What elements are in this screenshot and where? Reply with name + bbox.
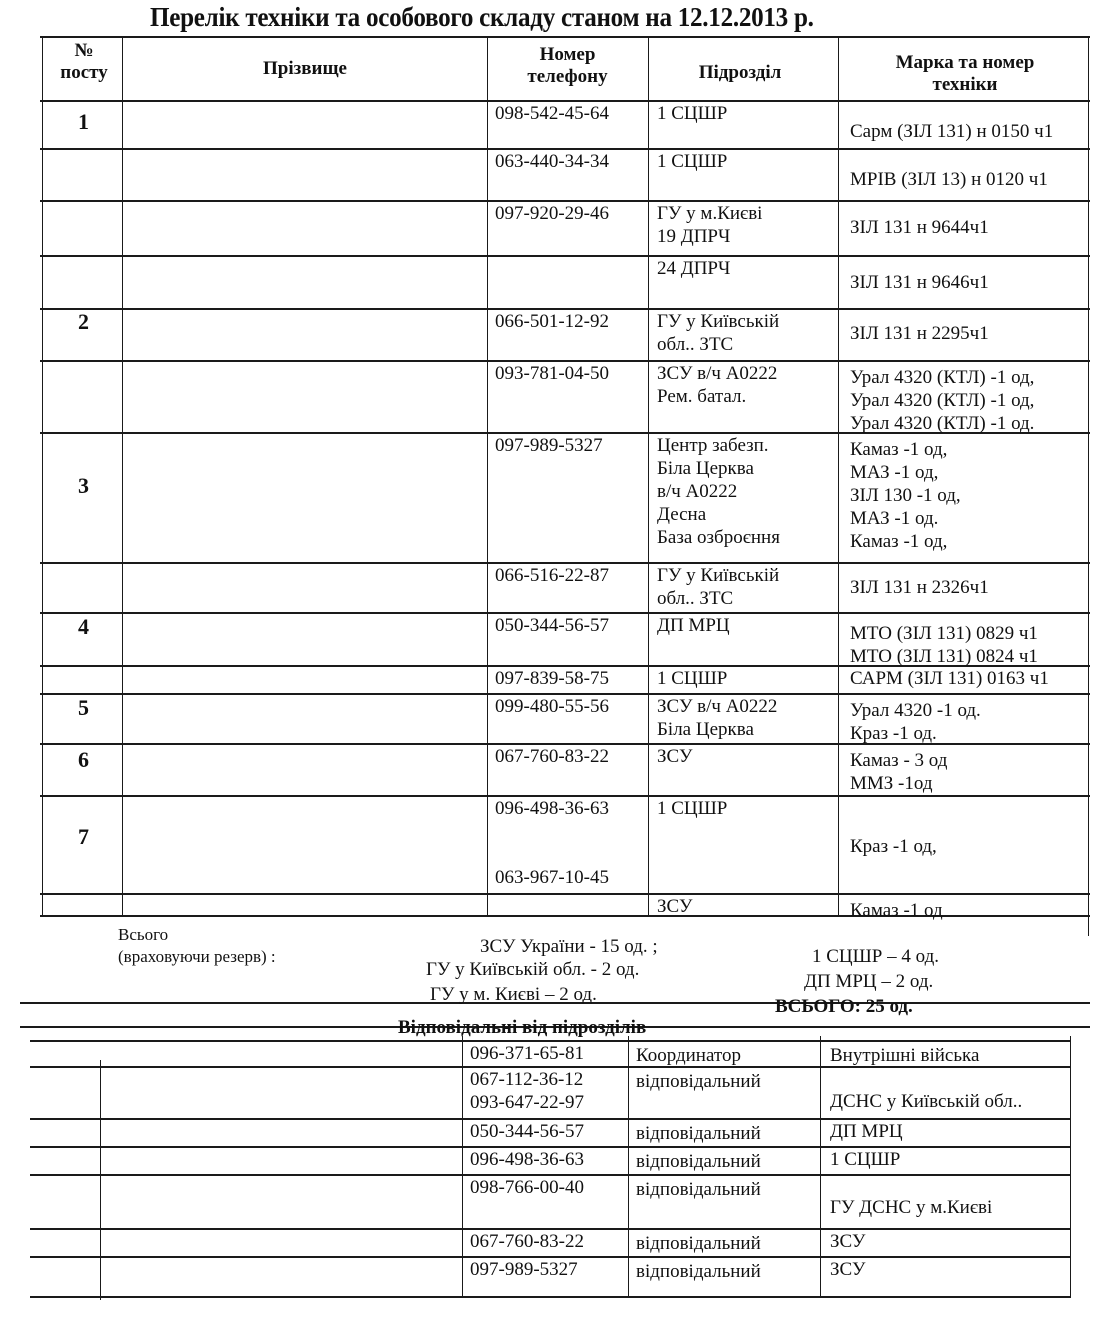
resp-role: відповідальний xyxy=(636,1178,761,1201)
col-border-post xyxy=(122,36,123,916)
phone-number: 097-839-58-75 xyxy=(495,667,609,690)
post-number: 7 xyxy=(78,825,89,848)
vehicle-info: МРІВ (ЗІЛ 13) н 0120 ч1 xyxy=(850,168,1048,191)
resp-row-divider xyxy=(30,1296,1070,1298)
unit-name: 24 ДПРЧ xyxy=(657,257,730,280)
resp-phone: 067-112-36-12 093-647-22-97 xyxy=(470,1068,584,1114)
phone-number: 066-501-12-92 xyxy=(495,310,609,333)
resp-phone: 097-989-5327 xyxy=(470,1258,578,1281)
vehicle-info: САРМ (ЗІЛ 131) 0163 ч1 xyxy=(850,667,1049,690)
resp-phone: 098-766-00-40 xyxy=(470,1176,584,1199)
col-border-surname xyxy=(487,36,488,916)
vehicle-info: Сарм (ЗІЛ 131) н 0150 ч1 xyxy=(850,120,1053,143)
phone-number: 063-440-34-34 xyxy=(495,150,609,173)
post-number: 6 xyxy=(78,748,89,771)
phone-number: 097-920-29-46 xyxy=(495,202,609,225)
summary-left-1: ГУ у Київській обл. - 2 од. xyxy=(426,958,639,981)
header-post-number: № посту xyxy=(45,40,123,84)
phone-number: 067-760-83-22 xyxy=(495,745,609,768)
resp-col-right xyxy=(1070,1036,1071,1298)
resp-role: відповідальний xyxy=(636,1150,761,1173)
summary-label: Всього (враховуючи резерв) : xyxy=(118,924,276,968)
resp-role: відповідальний xyxy=(636,1260,761,1283)
header-surname: Прізвище xyxy=(125,58,485,80)
resp-col-unit xyxy=(820,1036,821,1298)
responsible-heading: Відповідальні від підрозділів xyxy=(398,1016,646,1039)
table-top-border xyxy=(40,36,1090,38)
summary-left-0: ЗСУ України - 15 од. ; xyxy=(480,935,658,958)
header-vehicle: Марка та номер техніки xyxy=(845,52,1085,96)
row-divider xyxy=(40,893,1090,895)
vehicle-info: ЗІЛ 131 н 2326ч1 xyxy=(850,576,989,599)
col-border-left xyxy=(42,36,43,916)
header-unit: Підрозділ xyxy=(650,62,830,84)
unit-name: ГУ у Київській обл.. ЗТС xyxy=(657,310,779,356)
post-number: 5 xyxy=(78,696,89,719)
phone-number: 097-989-5327 xyxy=(495,434,603,457)
document-title: Перелік техніки та особового складу стан… xyxy=(150,2,814,33)
post-number: 2 xyxy=(78,310,89,333)
phone-number: 093-781-04-50 xyxy=(495,362,609,385)
resp-phone: 067-760-83-22 xyxy=(470,1230,584,1253)
vehicle-info: Урал 4320 (КТЛ) -1 од, Урал 4320 (КТЛ) -… xyxy=(850,366,1034,435)
unit-name: ЗСУ в/ч А0222 Біла Церква xyxy=(657,695,777,741)
unit-name: 1 СЦШР xyxy=(657,150,727,173)
summary-right-0: 1 СЦШР – 4 од. xyxy=(812,945,939,968)
phone-number: 099-480-55-56 xyxy=(495,695,609,718)
unit-name: 1 СЦШР xyxy=(657,667,727,690)
resp-unit: 1 СЦШР xyxy=(830,1148,900,1171)
summary-left-2: ГУ у м. Києві – 2 од. xyxy=(430,983,597,1006)
resp-unit: ГУ ДСНС у м.Києві xyxy=(830,1196,992,1219)
unit-name: ГУ у Київській обл.. ЗТС xyxy=(657,564,779,610)
vehicle-info: Камаз -1 од xyxy=(850,899,943,922)
phone-number: 066-516-22-87 xyxy=(495,564,609,587)
phone-number: 096-498-36-63 063-967-10-45 xyxy=(495,797,609,889)
post-number: 1 xyxy=(78,110,89,133)
vehicle-info: Камаз -1 од, МАЗ -1 од, ЗІЛ 130 -1 од, М… xyxy=(850,438,961,553)
unit-name: ЗСУ xyxy=(657,745,692,768)
resp-phone: 050-344-56-57 xyxy=(470,1120,584,1143)
summary-total: ВСЬОГО: 25 од. xyxy=(775,995,913,1018)
resp-phone: 096-498-36-63 xyxy=(470,1148,584,1171)
unit-name: ДП МРЦ xyxy=(657,614,730,637)
vehicle-info: Краз -1 од, xyxy=(850,835,937,858)
vehicle-info: ЗІЛ 131 н 9646ч1 xyxy=(850,271,989,294)
col-border-phone xyxy=(648,36,649,916)
unit-name: 1 СЦШР xyxy=(657,797,727,820)
vehicle-info: ЗІЛ 131 н 2295ч1 xyxy=(850,322,989,345)
post-number: 4 xyxy=(78,615,89,638)
unit-name: ГУ у м.Києві 19 ДПРЧ xyxy=(657,202,762,248)
vehicle-info: МТО (ЗІЛ 131) 0829 ч1 МТО (ЗІЛ 131) 0824… xyxy=(850,622,1038,668)
phone-number: 098-542-45-64 xyxy=(495,102,609,125)
summary-right-1: ДП МРЦ – 2 од. xyxy=(804,970,933,993)
resp-role: Координатор xyxy=(636,1044,741,1067)
col-border-right xyxy=(1088,36,1089,936)
resp-unit: ЗСУ xyxy=(830,1230,865,1253)
document-page: Перелік техніки та особового складу стан… xyxy=(0,0,1107,1328)
row-divider xyxy=(40,255,1090,257)
resp-unit: ДП МРЦ xyxy=(830,1120,903,1143)
resp-col-role xyxy=(628,1036,629,1298)
resp-unit: Внутрішні війська xyxy=(830,1044,979,1067)
resp-role: відповідальний xyxy=(636,1070,761,1093)
resp-role: відповідальний xyxy=(636,1232,761,1255)
unit-name: 1 СЦШР xyxy=(657,102,727,125)
post-number: 3 xyxy=(78,474,89,497)
unit-name: Центр забезп. Біла Церква в/ч А0222 Десн… xyxy=(657,434,780,549)
phone-number: 050-344-56-57 xyxy=(495,614,609,637)
resp-unit: ДСНС у Київській обл.. xyxy=(830,1090,1022,1113)
vehicle-info: Камаз - 3 од ММЗ -1од xyxy=(850,749,947,795)
header-phone: Номер телефону xyxy=(490,44,645,88)
resp-phone: 096-371-65-81 xyxy=(470,1042,584,1065)
resp-col-phone xyxy=(462,1036,463,1298)
col-border-unit xyxy=(838,36,839,916)
resp-role: відповідальний xyxy=(636,1122,761,1145)
vehicle-info: ЗІЛ 131 н 9644ч1 xyxy=(850,216,989,239)
unit-name: ЗСУ xyxy=(657,895,692,918)
unit-name: ЗСУ в/ч А0222 Рем. батал. xyxy=(657,362,777,408)
vehicle-info: Урал 4320 -1 од. Краз -1 од. xyxy=(850,699,981,745)
resp-col-left xyxy=(100,1060,101,1300)
resp-unit: ЗСУ xyxy=(830,1258,865,1281)
